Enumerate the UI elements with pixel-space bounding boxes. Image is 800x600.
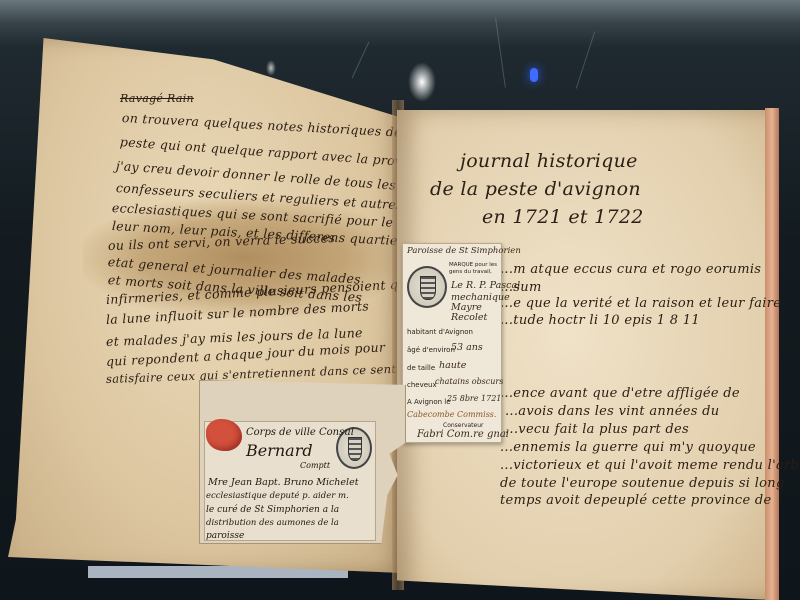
- display-case-glass-edge: [0, 0, 800, 22]
- right-line: de toute l'europe soutenue depuis si lon…: [500, 476, 785, 491]
- conservator-signature: Fabri Com.re gnal: [417, 429, 509, 440]
- field-label: habitant d'Avignon: [407, 328, 473, 336]
- field-label: cheveux: [407, 381, 437, 389]
- right-line: ...vecu fait la plus part des: [505, 422, 689, 437]
- deputy-ticket: Corps de ville Consul Bernard Comptt Mre…: [199, 380, 406, 544]
- field-label: A Avignon le: [407, 398, 451, 406]
- ticket-line: ecclesiastique deputé p. aider m.: [206, 491, 349, 501]
- glass-scratch: [576, 31, 595, 88]
- ticket-heading: Corps de ville Consul: [246, 427, 354, 438]
- right-line: ...ennemis la guerre qui m'y quoyque: [500, 440, 756, 455]
- red-wax-seal: [206, 419, 242, 451]
- field-value: haute: [439, 360, 466, 371]
- card-header: Paroisse de St Simphorien: [407, 246, 521, 256]
- ticket-signature: Bernard: [246, 441, 313, 460]
- light-glare: [408, 62, 436, 102]
- struck-heading: Ravagé Rain: [120, 92, 194, 105]
- ticket-sub: Comptt: [300, 461, 330, 470]
- title-line: journal historique: [460, 150, 638, 172]
- right-line: ...e que la verité et la raison et leur …: [500, 296, 781, 311]
- right-line: ...tude hoctr li 10 epis 1 8 11: [500, 313, 700, 328]
- bearer-line: Recolet: [451, 312, 487, 323]
- light-glare-small: [266, 60, 276, 76]
- field-value: 25 8bre 1721: [447, 394, 501, 403]
- ticket-line: le curé de St Simphorien a la: [206, 505, 339, 515]
- ticket-line: Mre Jean Bapt. Bruno Michelet: [208, 477, 359, 488]
- case-indicator-light: [530, 68, 538, 82]
- field-label: de taille: [407, 364, 435, 372]
- right-line: ...ence avant que d'etre affligée de: [500, 386, 740, 401]
- field-value: 53 ans: [451, 342, 483, 353]
- bearer-line: Le R. P. Pascal: [451, 280, 520, 291]
- field-label: âgé d'environ: [407, 346, 455, 354]
- title-line: en 1721 et 1722: [482, 206, 644, 228]
- glass-scratch: [495, 18, 506, 87]
- title-line: de la peste d'avignon: [430, 178, 641, 200]
- right-line: temps avoit depeuplé cette province de: [500, 493, 772, 508]
- ticket-line: paroisse: [206, 531, 244, 541]
- right-line: ...avois dans les vint années du: [505, 404, 719, 419]
- conservator-label: Conservateur: [443, 422, 484, 429]
- gilt-page-edge: [765, 108, 779, 600]
- city-seal-icon: [407, 266, 447, 308]
- right-line: ...victorieux et qui l'avoit meme rendu …: [500, 458, 800, 473]
- commissioner-signature: Cabecombe Commiss.: [407, 410, 496, 419]
- printed-label: MARQUE pour les gens du travail,: [449, 262, 499, 276]
- glass-scratch: [352, 42, 370, 79]
- ticket-line: distribution des aumones de la: [206, 518, 339, 528]
- plague-pass-card: Paroisse de St Simphorien MARQUE pour le…: [402, 243, 502, 443]
- right-line: ...m atque eccus cura et rogo eorumis: [500, 262, 761, 277]
- field-value: chatains obscurs: [435, 377, 503, 386]
